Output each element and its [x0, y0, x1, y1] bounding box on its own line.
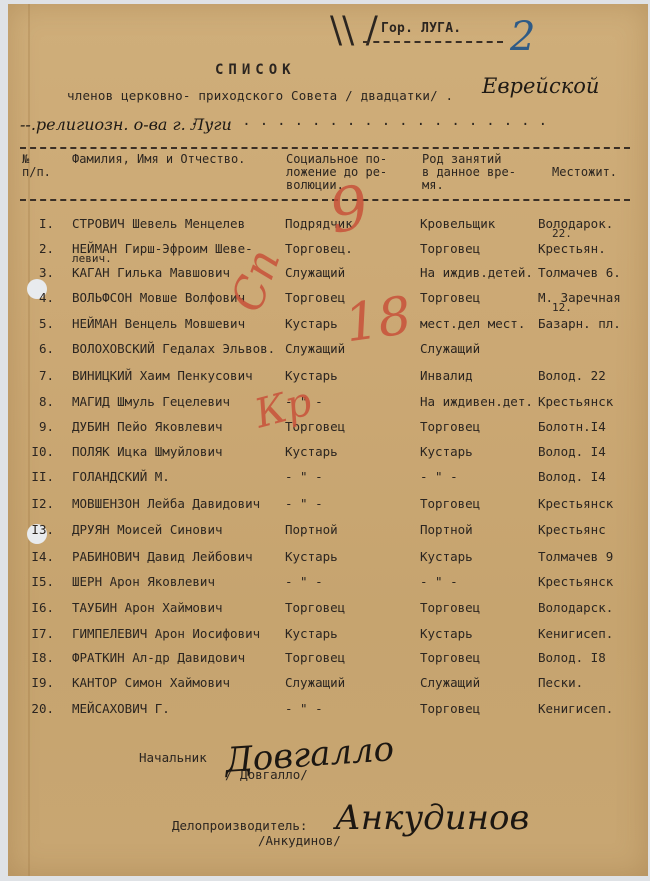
- header-line: п/п.: [22, 166, 51, 179]
- social-status: - " -: [285, 574, 323, 589]
- row-number: II.: [30, 469, 54, 484]
- member-name: МАГИД Шмуль Гецелевич: [72, 394, 230, 409]
- residence: Волод. I4: [538, 469, 606, 484]
- residence: Толмачев 9: [538, 549, 613, 564]
- member-name: НЕЙМАН Венцель Мовшевич: [72, 316, 245, 331]
- member-name: ШЕРН Арон Яковлевич: [72, 574, 215, 589]
- row-number: I9.: [30, 675, 54, 690]
- social-status: Кустарь: [285, 549, 338, 564]
- social-status: Служащий: [285, 341, 345, 356]
- member-name: ПОЛЯК Ицка Шмуйлович: [72, 444, 223, 459]
- table-row: I4.РАБИНОВИЧ Давид ЛейбовичКустарьКустар…: [0, 549, 650, 569]
- occupation: - " -: [420, 469, 458, 484]
- table-row: I.СТРОВИЧ Шевель МенцелевПодрядчикКровел…: [0, 216, 650, 236]
- clerk-label: Делопроизводитель:: [172, 818, 307, 833]
- table-row: I0.ПОЛЯК Ицка ШмуйловичКустарьКустарьВол…: [0, 444, 650, 464]
- divider: [363, 41, 503, 43]
- occupation: Торговец: [420, 241, 480, 256]
- occupation: На иждив.детей.: [420, 265, 533, 280]
- table-row: II.ГОЛАНДСКИЙ М.- " -- " -Волод. I4: [0, 469, 650, 489]
- residence: Крестьян.: [538, 241, 606, 256]
- social-status: Торговец: [285, 290, 345, 305]
- member-name: ФРАТКИН Ал-др Давидович: [72, 650, 245, 665]
- residence-continued: 22.: [552, 227, 572, 240]
- table-row: 9.ДУБИН Пейо ЯковлевичТорговецТорговецБо…: [0, 419, 650, 439]
- residence: Кенигисеп.: [538, 701, 613, 716]
- row-number: I4.: [30, 549, 54, 564]
- row-number: 9.: [30, 419, 54, 434]
- row-number: 5.: [30, 316, 54, 331]
- table-row: 4.ВОЛЬФСОН Мовше ВолфовичТорговецТоргове…: [0, 290, 650, 310]
- handwritten-note: Еврейской: [482, 74, 599, 98]
- member-name-continued: левич.: [72, 252, 112, 265]
- social-status: Служащий: [285, 265, 345, 280]
- row-number: 6.: [30, 341, 54, 356]
- table-row: 3.КАГАН Гилька МавшовичСлужащийНа иждив.…: [0, 265, 650, 285]
- residence: Кенигисеп.: [538, 626, 613, 641]
- row-number: I.: [30, 216, 54, 231]
- table-row: 5.НЕЙМАН Венцель МовшевичКустарьмест.дел…: [0, 316, 650, 336]
- residence: Волод. I8: [538, 650, 606, 665]
- residence: Волод. 22: [538, 368, 606, 383]
- page-number: 2: [510, 14, 535, 60]
- occupation: Торговец: [420, 290, 480, 305]
- occupation: Кустарь: [420, 626, 473, 641]
- residence: Пески.: [538, 675, 583, 690]
- social-status: - " -: [285, 496, 323, 511]
- table-row: I7.ГИМПЕЛЕВИЧ Арон ИосифовичКустарьКуста…: [0, 626, 650, 646]
- occupation: мест.дел мест.: [420, 316, 525, 331]
- residence: Крестьянс: [538, 522, 606, 537]
- residence: Володарок.: [538, 216, 613, 231]
- social-status: - " -: [285, 469, 323, 484]
- social-status: - " -: [285, 701, 323, 716]
- residence: Волод. I4: [538, 444, 606, 459]
- occupation: На иждивен.дет.: [420, 394, 533, 409]
- document-subtitle: членов церковно- приходского Совета / дв…: [67, 88, 453, 103]
- occupation: Торговец: [420, 419, 480, 434]
- chief-label: Начальник: [139, 750, 207, 765]
- residence-continued: 12.: [552, 301, 572, 314]
- occupation: Портной: [420, 522, 473, 537]
- row-number: 2.: [30, 241, 54, 256]
- paper-fold: [28, 4, 30, 876]
- residence: Крестьянск: [538, 574, 613, 589]
- occupation: Кустарь: [420, 549, 473, 564]
- occupation: Кровельщик: [420, 216, 495, 231]
- occupation: Торговец: [420, 650, 480, 665]
- table-row: 20.МЕЙСАХОВИЧ Г.- " -ТорговецКенигисеп.: [0, 701, 650, 721]
- row-number: 7.: [30, 368, 54, 383]
- member-name: РАБИНОВИЧ Давид Лейбович: [72, 549, 253, 564]
- row-number: I6.: [30, 600, 54, 615]
- member-name: ДУБИН Пейо Яковлевич: [72, 419, 223, 434]
- member-name: КАГАН Гилька Мавшович: [72, 265, 230, 280]
- red-pencil-mark: 18: [341, 286, 415, 355]
- document-title: СПИСОК: [215, 62, 296, 78]
- table-row: 2.НЕЙМАН Гирш-Эфроим Шеве-Торговец.Торго…: [0, 241, 650, 261]
- member-name: СТРОВИЧ Шевель Менцелев: [72, 216, 245, 231]
- residence: Болотн.I4: [538, 419, 606, 434]
- column-header-number: № п/п.: [22, 153, 51, 179]
- table-row: I9.КАНТОР Симон ХаймовичСлужащийСлужащий…: [0, 675, 650, 695]
- residence: Толмачев 6.: [538, 265, 621, 280]
- member-name: ДРУЯН Моисей Синович: [72, 522, 223, 537]
- row-number: I5.: [30, 574, 54, 589]
- corner-mark: \\ /: [330, 10, 378, 51]
- social-status: Торговец: [285, 650, 345, 665]
- member-name: ВОЛОХОВСКИЙ Гедалах Эльвов.: [72, 341, 275, 356]
- header-line: мя.: [422, 179, 516, 192]
- member-name: ВИНИЦКИЙ Хаим Пенкусович: [72, 368, 253, 383]
- member-name: ТАУБИН Арон Хаймович: [72, 600, 223, 615]
- occupation: Служащий: [420, 675, 480, 690]
- residence: Володарск.: [538, 600, 613, 615]
- occupation: Торговец: [420, 496, 480, 511]
- occupation: Торговец: [420, 600, 480, 615]
- table-row: 8.МАГИД Шмуль Гецелевич- " -На иждивен.д…: [0, 394, 650, 414]
- table-row: 7.ВИНИЦКИЙ Хаим ПенкусовичКустарьИнвалид…: [0, 368, 650, 388]
- member-name: ГОЛАНДСКИЙ М.: [72, 469, 170, 484]
- divider: [20, 199, 630, 201]
- table-row: I5.ШЕРН Арон Яковлевич- " -- " -Крестьян…: [0, 574, 650, 594]
- divider: [20, 147, 630, 149]
- table-row: I2.МОВШЕНЗОН Лейба Давидович- " -Торгове…: [0, 496, 650, 516]
- column-header-name: Фамилия, Имя и Отчество.: [72, 153, 245, 166]
- occupation: Служащий: [420, 341, 480, 356]
- social-status: Торговец: [285, 600, 345, 615]
- member-name: МЕЙСАХОВИЧ Г.: [72, 701, 170, 716]
- header-line: Местожит.: [552, 166, 617, 179]
- column-header-residence: Местожит.: [552, 166, 617, 179]
- table-row: I3.ДРУЯН Моисей СиновичПортнойПортнойКре…: [0, 522, 650, 542]
- member-name: ГИМПЕЛЕВИЧ Арон Иосифович: [72, 626, 260, 641]
- row-number: 20.: [30, 701, 54, 716]
- row-number: I0.: [30, 444, 54, 459]
- residence: Крестьянск: [538, 496, 613, 511]
- occupation: Торговец: [420, 701, 480, 716]
- member-name: ВОЛЬФСОН Мовше Волфович: [72, 290, 245, 305]
- table-row: I8.ФРАТКИН Ал-др ДавидовичТорговецТоргов…: [0, 650, 650, 670]
- social-status: Портной: [285, 522, 338, 537]
- row-number: 4.: [30, 290, 54, 305]
- row-number: I3.: [30, 522, 54, 537]
- column-header-occupation: Род занятий в данное вре- мя.: [422, 153, 516, 192]
- row-number: I7.: [30, 626, 54, 641]
- table-row: 6.ВОЛОХОВСКИЙ Гедалах Эльвов.СлужащийСлу…: [0, 341, 650, 361]
- row-number: I8.: [30, 650, 54, 665]
- member-name: МОВШЕНЗОН Лейба Давидович: [72, 496, 260, 511]
- residence: М. Заречная: [538, 290, 621, 305]
- occupation: Инвалид: [420, 368, 473, 383]
- social-status: Кустарь: [285, 626, 338, 641]
- clerk-name: /Анкудинов/: [258, 833, 341, 848]
- member-name: КАНТОР Симон Хаймович: [72, 675, 230, 690]
- header-line: Фамилия, Имя и Отчество.: [72, 153, 245, 166]
- residence: Базарн. пл.: [538, 316, 621, 331]
- table-row: I6.ТАУБИН Арон ХаймовичТорговецТорговецВ…: [0, 600, 650, 620]
- occupation: Кустарь: [420, 444, 473, 459]
- row-number: 3.: [30, 265, 54, 280]
- residence: Крестьянск: [538, 394, 613, 409]
- clerk-signature: Анкудинов: [335, 798, 529, 838]
- occupation: - " -: [420, 574, 458, 589]
- row-number: 8.: [30, 394, 54, 409]
- row-number: I2.: [30, 496, 54, 511]
- dotted-line: .....................: [190, 113, 556, 129]
- social-status: Служащий: [285, 675, 345, 690]
- social-status: Кустарь: [285, 316, 338, 331]
- city-heading: Гор. ЛУГА.: [381, 21, 461, 36]
- social-status: Кустарь: [285, 444, 338, 459]
